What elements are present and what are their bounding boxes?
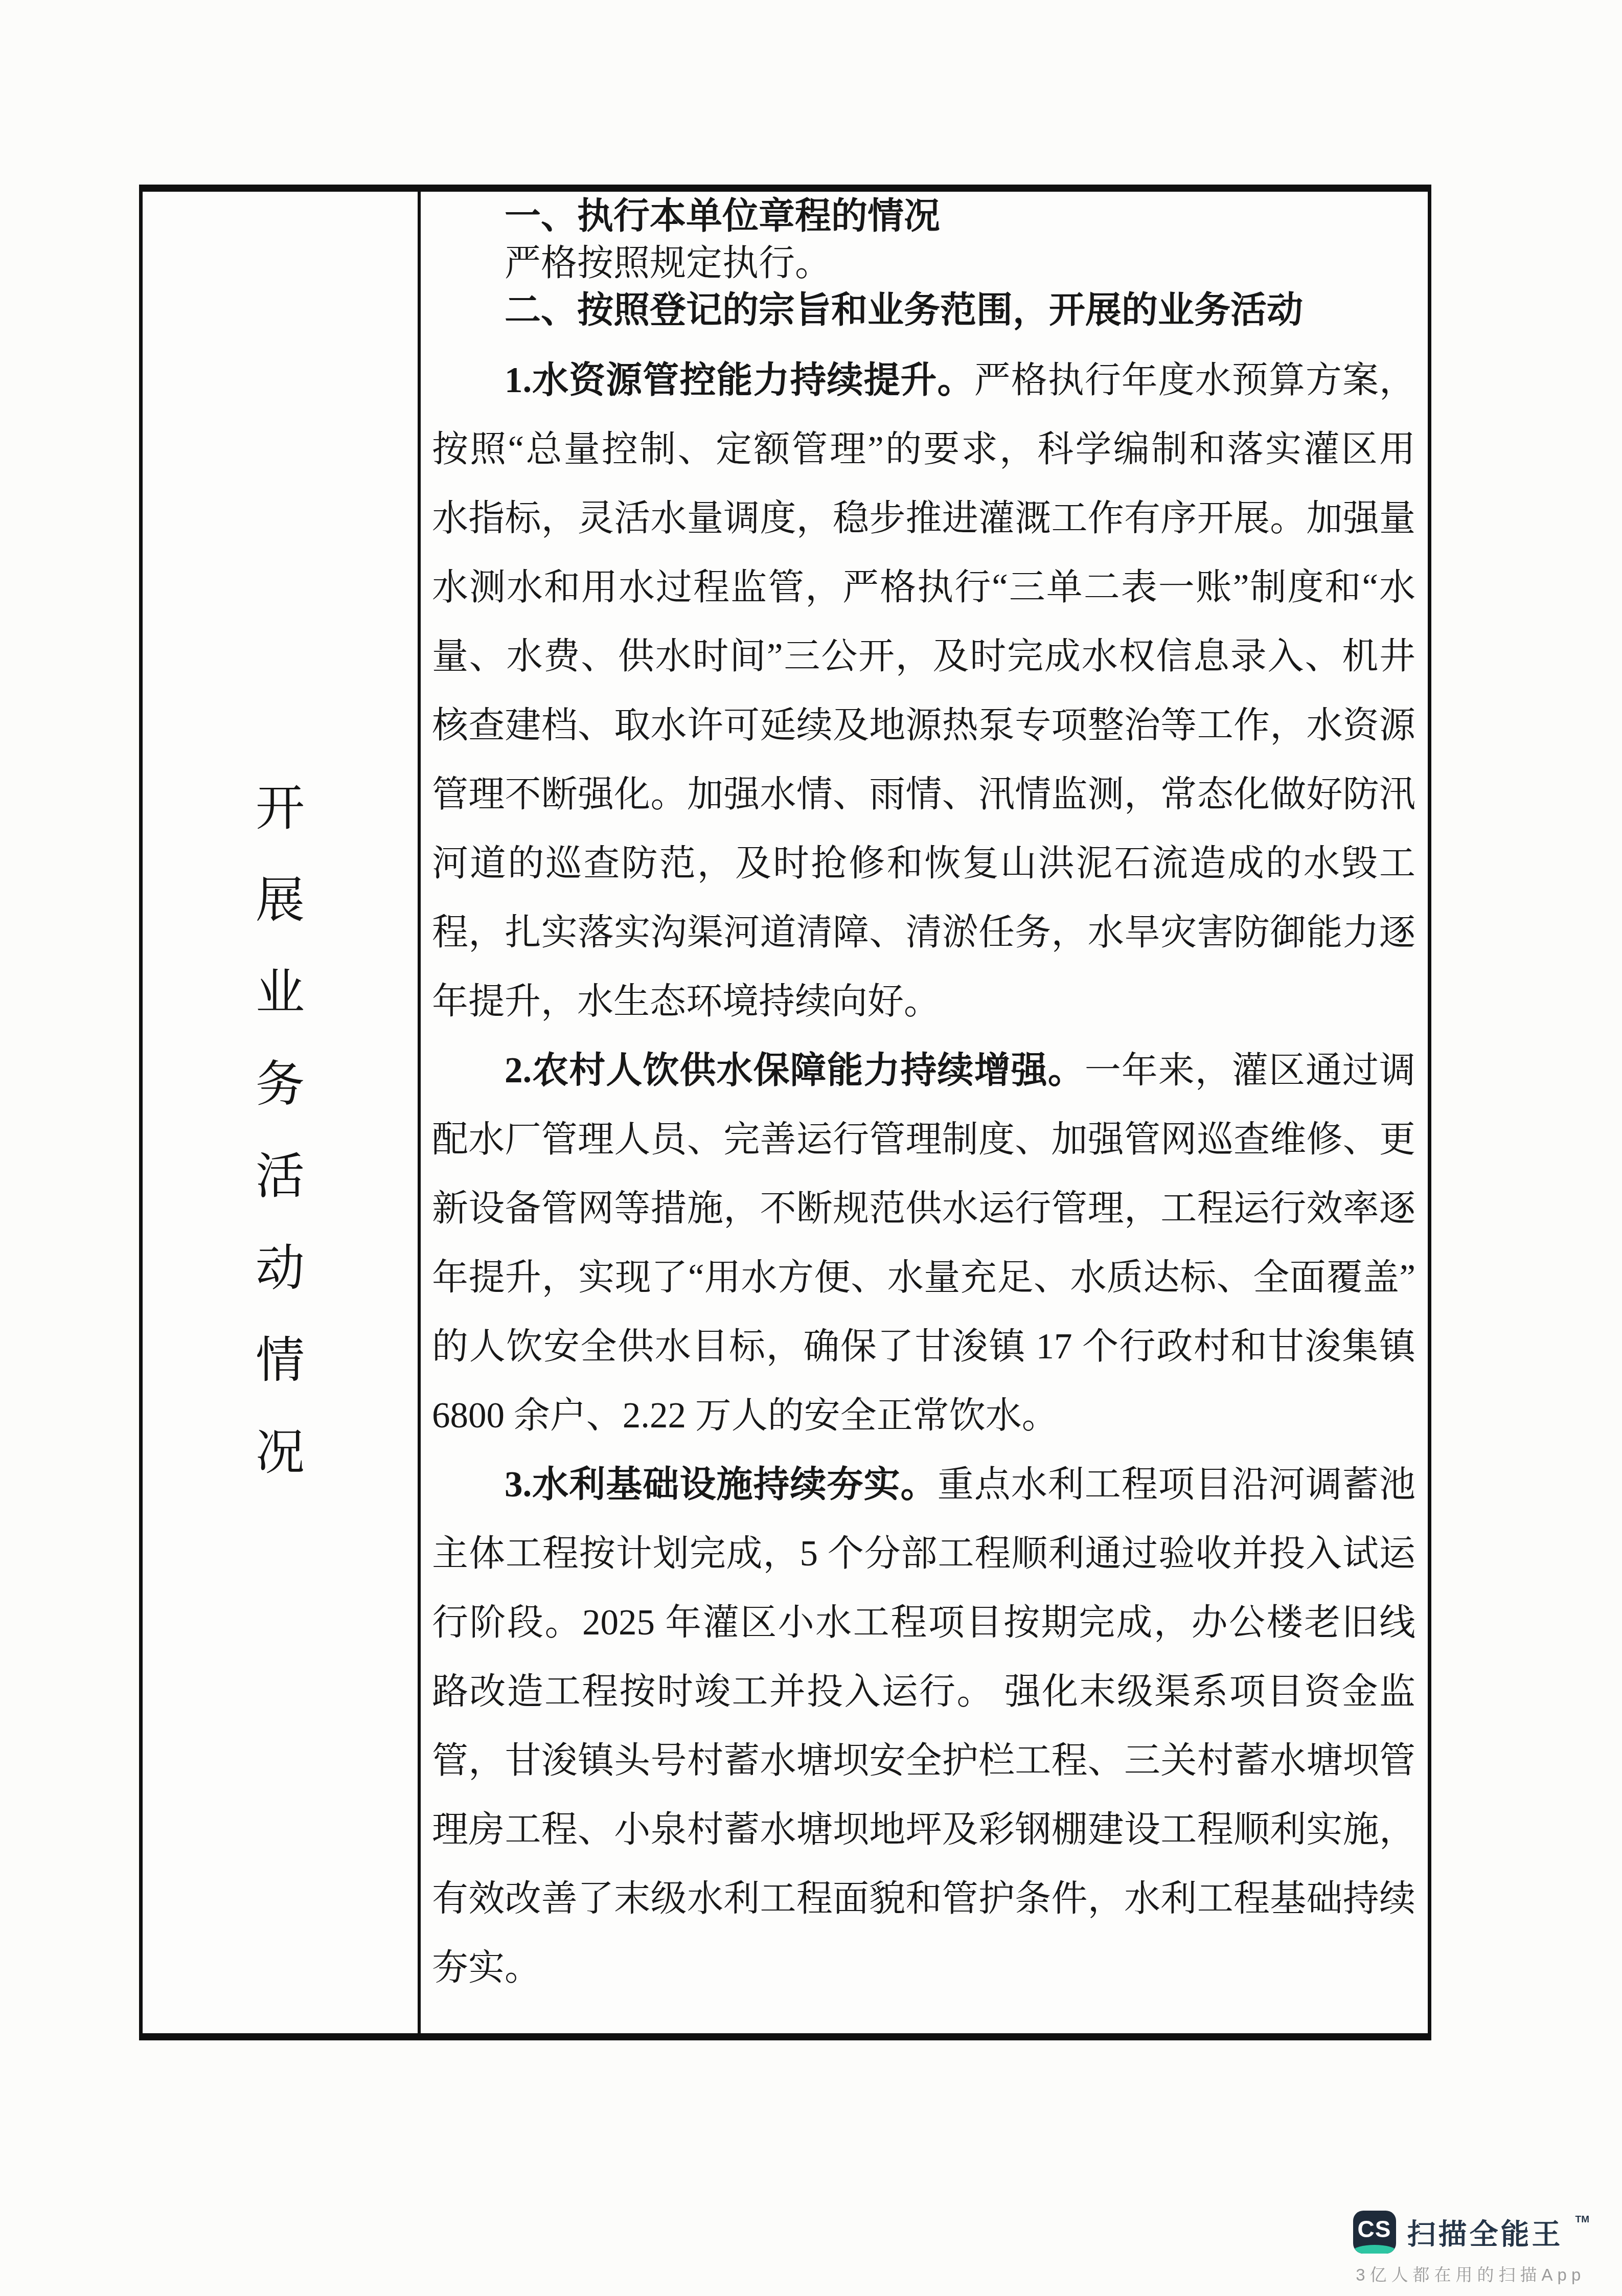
- text-line: 年提升，水生态环境持续向好。: [432, 967, 1415, 1036]
- camscanner-cs-monogram: CS: [1358, 2215, 1391, 2243]
- row-header-char: 动: [256, 1244, 305, 1293]
- row-header-char: 况: [256, 1428, 305, 1477]
- section-heading: 一、执行本单位章程的情况: [432, 193, 1415, 240]
- text-line: 河道的巡查防范，及时抢修和恢复山洪泥石流造成的水毁工: [432, 829, 1415, 898]
- trademark-symbol: TM: [1575, 2214, 1589, 2225]
- text-line: 按照“总量控制、定额管理”的要求，科学编制和落实灌区用: [432, 415, 1415, 484]
- text-line: 3.水利基础设施持续夯实。重点水利工程项目沿河调蓄池: [432, 1450, 1415, 1519]
- text-line: 年提升，实现了“用水方便、水量充足、水质达标、全面覆盖”: [432, 1243, 1415, 1312]
- text-line: 水测水和用水过程监管，严格执行“三单二表一账”制度和“水: [432, 553, 1415, 622]
- camscanner-logo-accent-bar: [1353, 2245, 1396, 2254]
- paragraph-lead: 3.水利基础设施持续夯实。: [505, 1465, 938, 1505]
- camscanner-title: 扫描全能王: [1407, 2212, 1563, 2253]
- row-header-char: 务: [256, 1060, 305, 1109]
- text-line: 配水厂管理人员、完善运行管理制度、加强管网巡查维修、更: [432, 1105, 1415, 1174]
- text-line: 理房工程、小泉村蓄水塘坝地坪及彩钢棚建设工程顺利实施，: [432, 1795, 1415, 1865]
- camscanner-logo-row: CS 扫描全能王 TM: [1353, 2211, 1588, 2254]
- text-line: 程，扎实落实沟渠河道清障、清淤任务，水旱灾害防御能力逐: [432, 898, 1415, 967]
- row-header-cell: 开 展 业 务 活 动 情 况: [143, 192, 421, 2033]
- report-body-cell: 一、执行本单位章程的情况 严格按照规定执行。 二、按照登记的宗旨和业务范围，开展…: [421, 192, 1428, 2033]
- row-header-char: 情: [256, 1336, 305, 1385]
- text-line: 夯实。: [432, 1934, 1415, 2003]
- row-header-char: 业: [256, 968, 305, 1017]
- text-line: 的人饮安全供水目标，确保了甘浚镇 17 个行政村和甘浚集镇: [432, 1312, 1415, 1381]
- paragraph-lead: 1.水资源管控能力持续提升。: [505, 360, 974, 400]
- camscanner-logo-icon: CS: [1353, 2211, 1396, 2254]
- text-line: 新设备管网等措施，不断规范供水运行管理，工程运行效率逐: [432, 1174, 1415, 1243]
- text-line: 行阶段。2025 年灌区小水工程项目按期完成，办公楼老旧线: [432, 1588, 1415, 1657]
- text-line: 量、水费、供水时间”三公开，及时完成水权信息录入、机井: [432, 622, 1415, 691]
- text-line: 严格按照规定执行。: [432, 240, 1415, 287]
- line-text: 一年来，灌区通过调: [1085, 1051, 1415, 1090]
- row-header-char: 活: [256, 1152, 305, 1201]
- line-text: 严格执行年度水预算方案，: [974, 360, 1415, 400]
- text-line: 有效改善了末级水利工程面貌和管护条件，水利工程基础持续: [432, 1865, 1415, 1934]
- text-line: 主体工程按计划完成，5 个分部工程顺利通过验收并投入试运: [432, 1519, 1415, 1588]
- row-header-char: 展: [256, 876, 305, 925]
- camscanner-watermark: CS 扫描全能王 TM 3亿人都在用的扫描App: [1353, 2211, 1588, 2286]
- row-header-char: 开: [256, 784, 305, 833]
- text-line: 路改造工程按时竣工并投入运行。 强化末级渠系项目资金监: [432, 1657, 1415, 1726]
- text-line: 2.农村人饮供水保障能力持续增强。一年来，灌区通过调: [432, 1036, 1415, 1105]
- report-table: 开 展 业 务 活 动 情 况 一、执行本单位章程的情况 严格按照规定执行。 二…: [139, 185, 1431, 2040]
- text-line: 管，甘浚镇头号村蓄水塘坝安全护栏工程、三关村蓄水塘坝管: [432, 1726, 1415, 1795]
- text-line: 核查建档、取水许可延续及地源热泵专项整治等工作，水资源: [432, 691, 1415, 760]
- paragraph-lead: 2.农村人饮供水保障能力持续增强。: [505, 1051, 1085, 1090]
- text-line: 水指标，灵活水量调度，稳步推进灌溉工作有序开展。加强量: [432, 484, 1415, 553]
- text-line: 6800 余户、2.22 万人的安全正常饮水。: [432, 1381, 1415, 1450]
- text-line: 1.水资源管控能力持续提升。严格执行年度水预算方案，: [432, 346, 1415, 415]
- camscanner-tagline: 3亿人都在用的扫描App: [1356, 2262, 1585, 2286]
- line-text: 重点水利工程项目沿河调蓄池: [938, 1465, 1415, 1505]
- section-heading: 二、按照登记的宗旨和业务范围，开展的业务活动: [432, 287, 1415, 334]
- text-line: 管理不断强化。加强水情、雨情、汛情监测，常态化做好防汛: [432, 760, 1415, 829]
